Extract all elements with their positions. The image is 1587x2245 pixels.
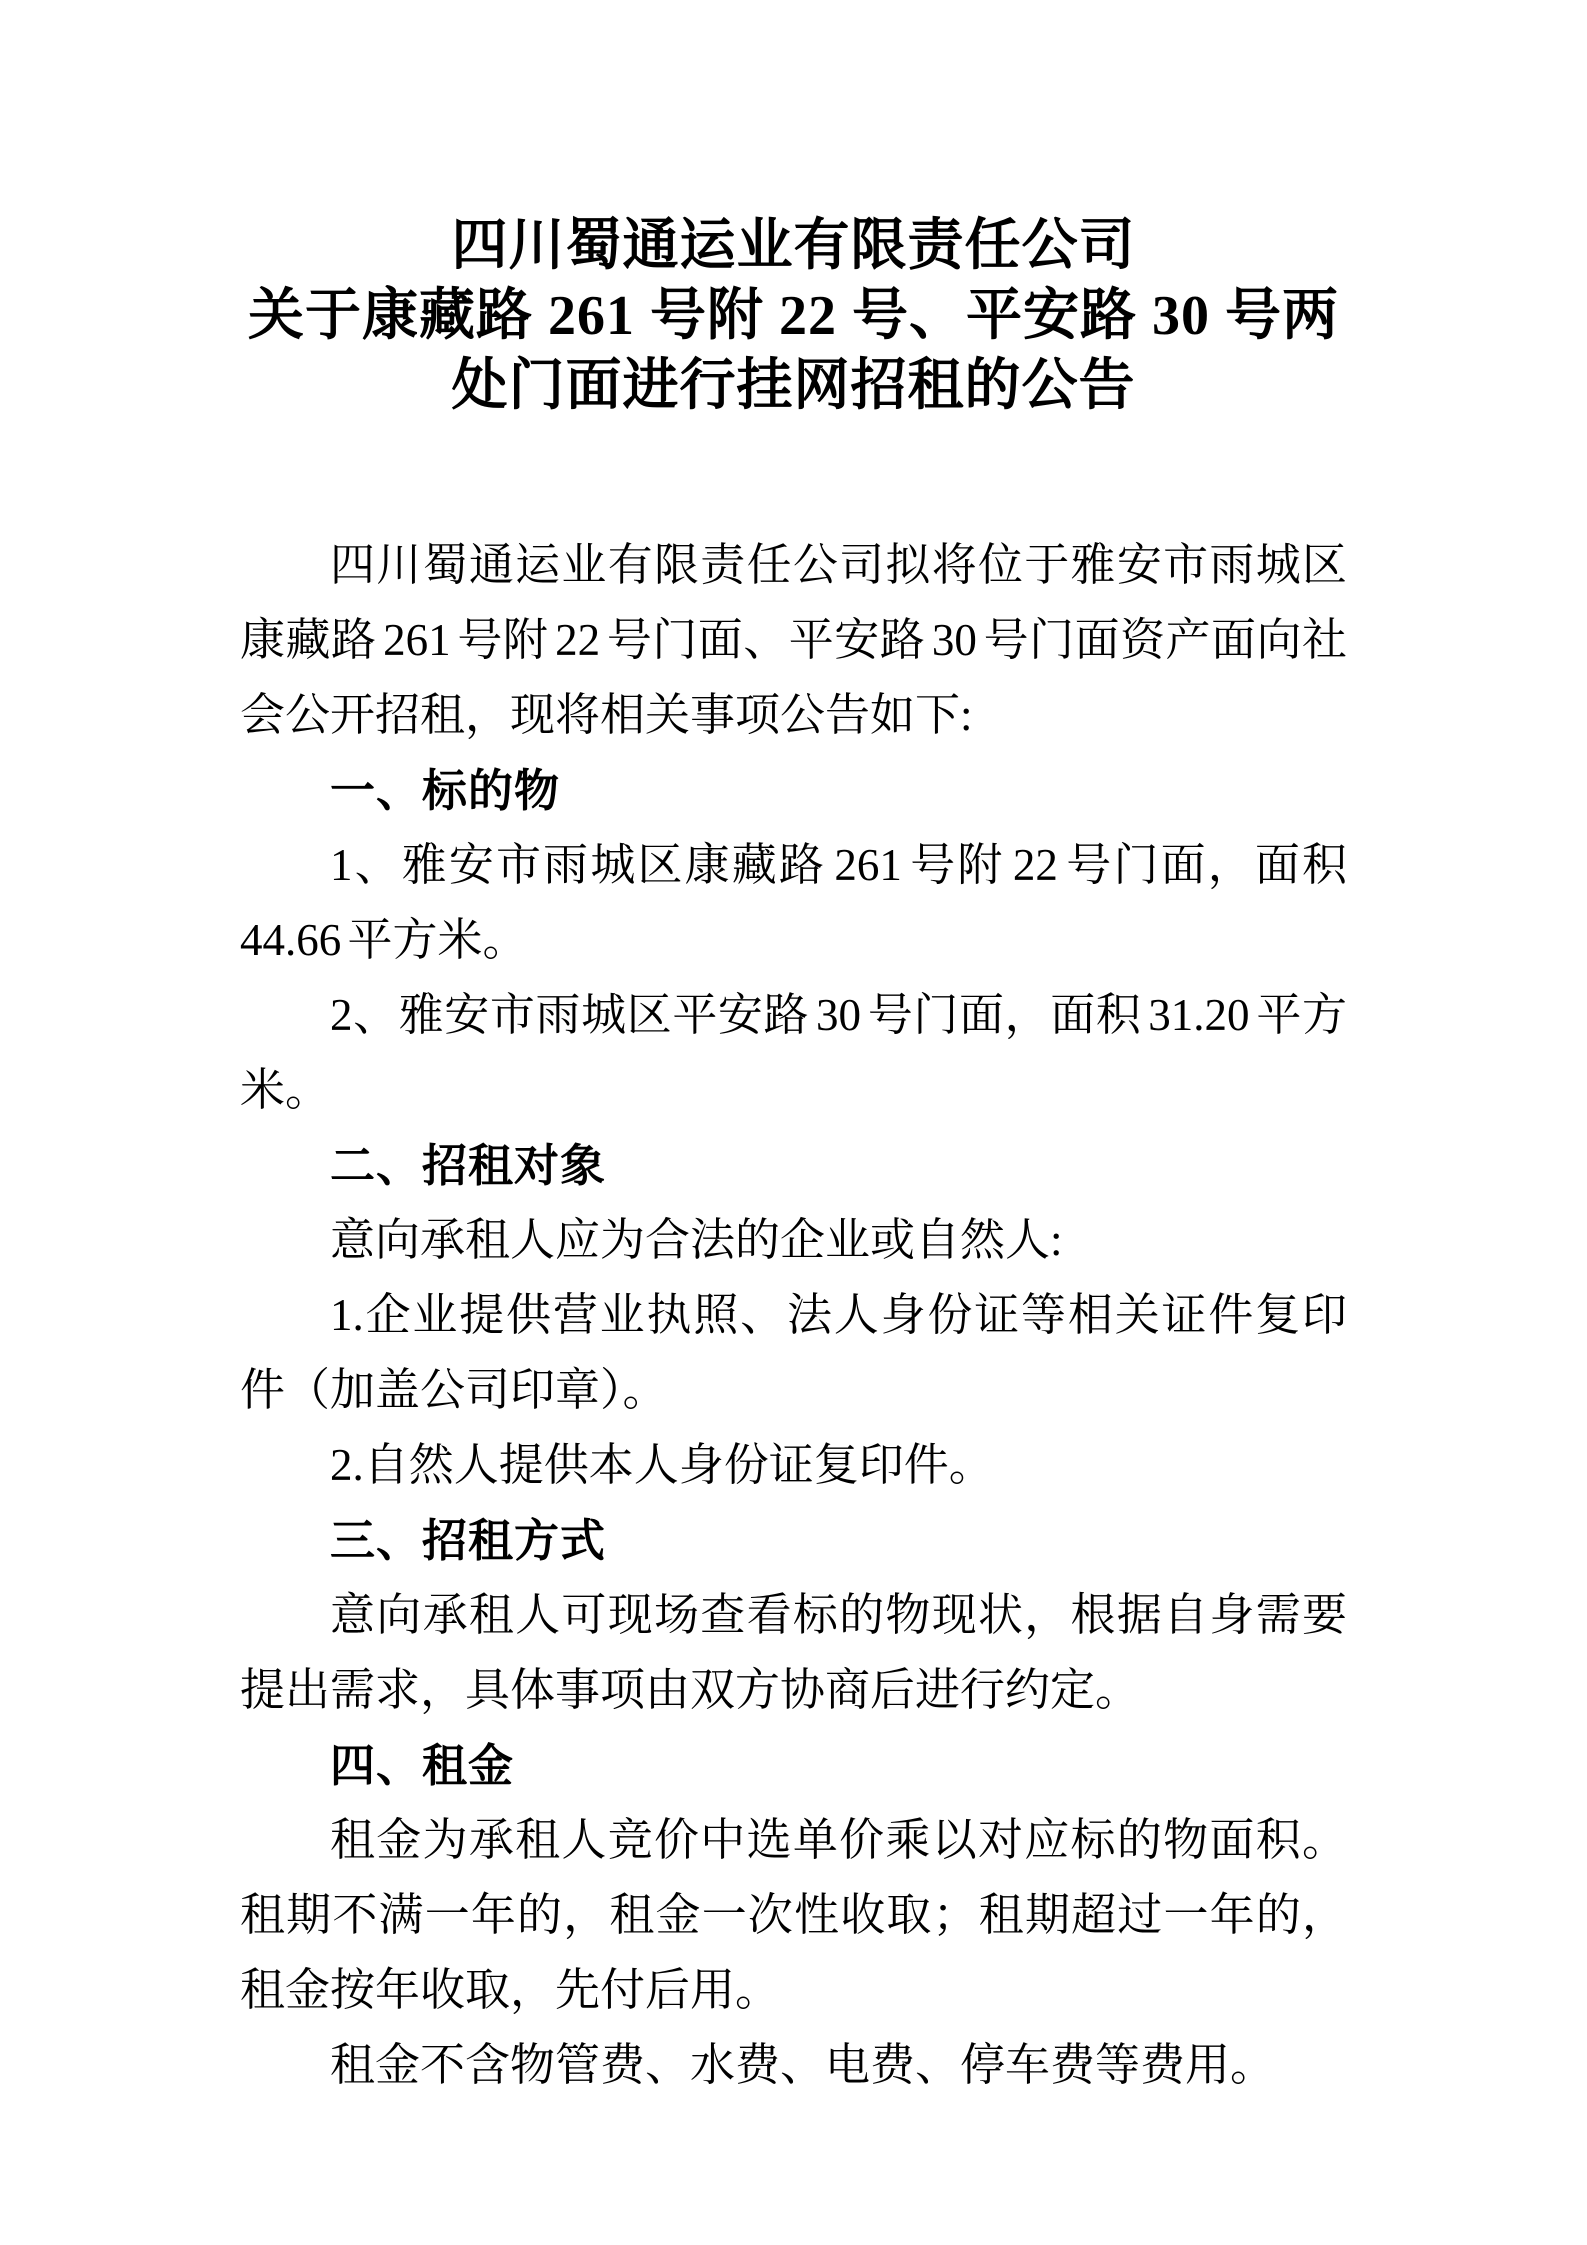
section-heading: 三、招租方式 bbox=[240, 1503, 1347, 1578]
title-line: 关于康藏路 261 号附 22 号、平安路 30 号两 bbox=[240, 281, 1347, 351]
paragraph: 2、雅安市雨城区平安路 30 号门面，面积 31.20 平方米。 bbox=[240, 978, 1347, 1128]
paragraph: 四川蜀通运业有限责任公司拟将位于雅安市雨城区康藏路 261 号附 22 号门面、… bbox=[240, 528, 1347, 753]
section-heading: 一、标的物 bbox=[240, 753, 1347, 828]
section-heading: 二、招租对象 bbox=[240, 1128, 1347, 1203]
paragraph: 1、雅安市雨城区康藏路 261 号附 22 号门面，面积 44.66 平方米。 bbox=[240, 828, 1347, 978]
title-line: 四川蜀通运业有限责任公司 bbox=[240, 211, 1347, 281]
paragraph: 意向承租人应为合法的企业或自然人: bbox=[240, 1203, 1347, 1278]
paragraph: 意向承租人可现场查看标的物现状，根据自身需要提出需求，具体事项由双方协商后进行约… bbox=[240, 1578, 1347, 1728]
document-title: 四川蜀通运业有限责任公司关于康藏路 261 号附 22 号、平安路 30 号两处… bbox=[240, 211, 1347, 421]
document-page: 四川蜀通运业有限责任公司关于康藏路 261 号附 22 号、平安路 30 号两处… bbox=[0, 0, 1587, 2245]
paragraph: 1.企业提供营业执照、法人身份证等相关证件复印件（加盖公司印章）。 bbox=[240, 1278, 1347, 1428]
paragraph: 租金不含物管费、水费、电费、停车费等费用。 bbox=[240, 2028, 1347, 2103]
paragraph: 租金为承租人竞价中选单价乘以对应标的物面积。租期不满一年的，租金一次性收取；租期… bbox=[240, 1803, 1347, 2028]
paragraph: 2.自然人提供本人身份证复印件。 bbox=[240, 1428, 1347, 1503]
section-heading: 四、租金 bbox=[240, 1728, 1347, 1803]
title-line: 处门面进行挂网招租的公告 bbox=[240, 351, 1347, 421]
document-body: 四川蜀通运业有限责任公司拟将位于雅安市雨城区康藏路 261 号附 22 号门面、… bbox=[240, 528, 1347, 2103]
